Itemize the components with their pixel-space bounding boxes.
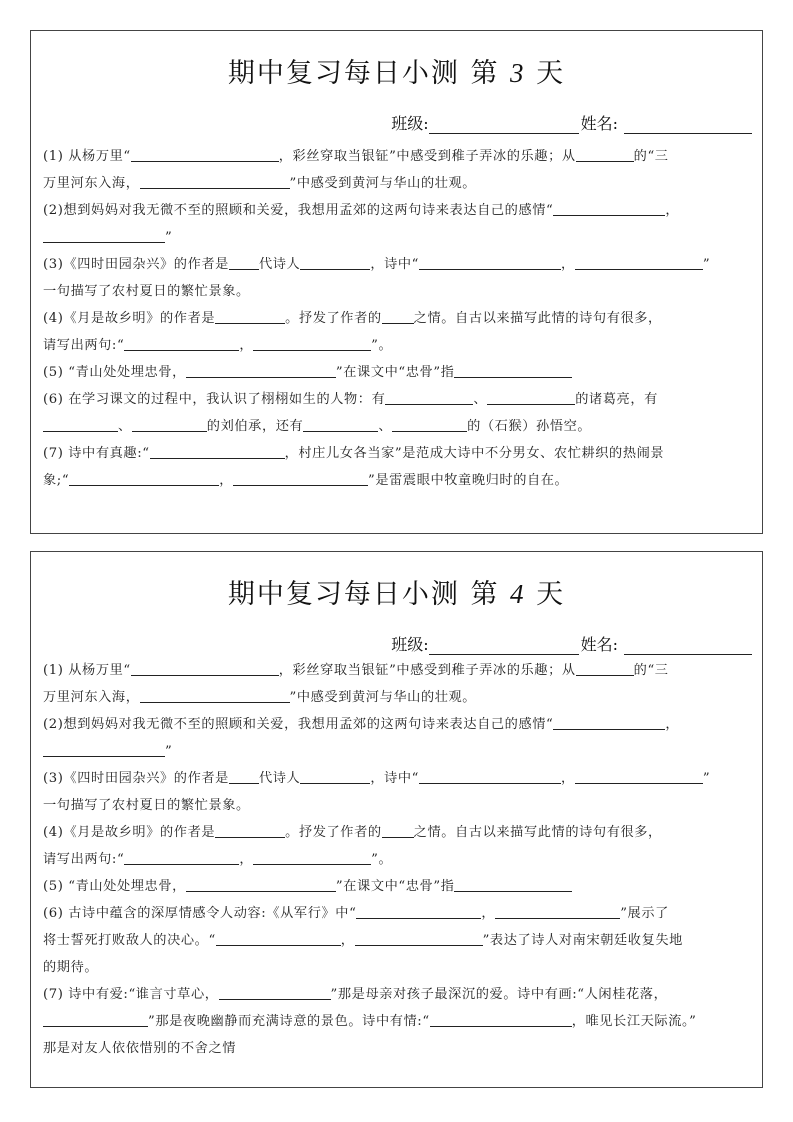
q-text: (2)想到妈妈对我无微不至的照顾和关爱，我想用孟郊的这两句诗来表达自己的感情“ — [43, 203, 553, 218]
title-suffix: 天 — [536, 579, 565, 610]
answer-blank[interactable] — [392, 416, 467, 432]
q-text: ”。 — [371, 852, 392, 867]
answer-blank[interactable] — [300, 768, 370, 784]
question-5: (5) “青山处处埋忠骨，”在课文中“忠骨”指 — [43, 873, 752, 900]
student-info: 班级: 姓名: — [391, 111, 752, 134]
q-text: ， — [219, 473, 233, 488]
q-text: (2)想到妈妈对我无微不至的照顾和关爱，我想用孟郊的这两句诗来表达自己的感情“ — [43, 717, 553, 732]
q-text: ，唯见长江天际流。” — [572, 1014, 697, 1029]
q-text: 请写出两句:“ — [43, 338, 124, 353]
q-text: (4)《月是故乡明》的作者是 — [43, 311, 215, 326]
answer-blank[interactable] — [186, 362, 336, 378]
q-text: (3)《四时田园杂兴》的作者是 — [43, 257, 229, 272]
day-number: 3 — [510, 58, 526, 88]
name-label: 姓名: — [581, 111, 618, 134]
question-2: (2)想到妈妈对我无微不至的照顾和关爱，我想用孟郊的这两句诗来表达自己的感情“， — [43, 711, 752, 738]
question-6: (6) 古诗中蕴含的深厚情感令人动容:《从军行》中“，”展示了 — [43, 900, 752, 927]
answer-blank[interactable] — [382, 308, 414, 324]
day-number: 4 — [510, 579, 526, 609]
question-5: (5) “青山处处埋忠骨，”在课文中“忠骨”指 — [43, 359, 752, 386]
class-label: 班级: — [391, 111, 428, 134]
questions: (1) 从杨万里“，彩丝穿取当银钲”中感受到稚子弄冰的乐趣；从的“三 万里河东入… — [43, 143, 752, 494]
answer-blank[interactable] — [419, 254, 561, 270]
q-text: 的“三 — [634, 663, 669, 678]
answer-blank[interactable] — [140, 173, 290, 189]
question-7: (7) 诗中有真趣:“，村庄儿女各当家”是范成大诗中不分男女、农忙耕织的热闹景 — [43, 440, 752, 467]
answer-blank[interactable] — [454, 876, 572, 892]
answer-blank[interactable] — [131, 660, 279, 676]
question-1: (1) 从杨万里“，彩丝穿取当银钲”中感受到稚子弄冰的乐趣；从的“三 — [43, 143, 752, 170]
q-text: ”在课文中“忠骨”指 — [336, 879, 455, 894]
q-text: ， — [561, 771, 575, 786]
answer-blank[interactable] — [216, 930, 341, 946]
q-text: ”表达了诗人对南宋朝廷收复失地 — [483, 933, 683, 948]
name-field[interactable] — [624, 116, 752, 134]
q-text: (5) “青山处处埋忠骨， — [43, 365, 186, 380]
answer-blank[interactable] — [219, 984, 331, 1000]
question-3: (3)《四时田园杂兴》的作者是代诗人，诗中“，” — [43, 765, 752, 792]
question-2: (2)想到妈妈对我无微不至的照顾和关爱，我想用孟郊的这两句诗来表达自己的感情“， — [43, 197, 752, 224]
q-text: ，村庄儿女各当家”是范成大诗中不分男女、农忙耕织的热闹景 — [285, 446, 665, 461]
answer-blank[interactable] — [229, 254, 259, 270]
answer-blank[interactable] — [69, 470, 219, 486]
answer-blank[interactable] — [150, 443, 285, 459]
answer-blank[interactable] — [553, 714, 665, 730]
q-text: 将士誓死打败敌人的决心。“ — [43, 933, 216, 948]
q-text: 请写出两句:“ — [43, 852, 124, 867]
q-text: 一句描写了农村夏日的繁忙景象。 — [43, 798, 250, 813]
answer-blank[interactable] — [253, 849, 371, 865]
answer-blank[interactable] — [430, 1011, 572, 1027]
q-text: ”。 — [371, 338, 392, 353]
name-label: 姓名: — [581, 632, 618, 655]
question-4: (4)《月是故乡明》的作者是。抒发了作者的之情。自古以来描写此情的诗句有很多， — [43, 305, 752, 332]
q-text: 代诗人 — [259, 771, 300, 786]
q-text: ”是雷震眼中牧童晚归时的自在。 — [368, 473, 568, 488]
question-3-cont: 一句描写了农村夏日的繁忙景象。 — [43, 278, 752, 305]
answer-blank[interactable] — [355, 930, 483, 946]
answer-blank[interactable] — [454, 362, 572, 378]
q-text: ”中感受到黄河与华山的壮观。 — [290, 176, 477, 191]
q-text: (3)《四时田园杂兴》的作者是 — [43, 771, 229, 786]
title-suffix: 天 — [536, 58, 565, 89]
name-field[interactable] — [624, 637, 752, 655]
q-text: 的期待。 — [43, 960, 98, 975]
answer-blank[interactable] — [495, 903, 620, 919]
answer-blank[interactable] — [124, 335, 239, 351]
q-text: 的（石猴）孙悟空。 — [467, 419, 591, 434]
answer-blank[interactable] — [43, 741, 165, 757]
answer-blank[interactable] — [576, 146, 634, 162]
q-text: ，诗中“ — [370, 257, 419, 272]
q-text: 的刘伯承，还有 — [207, 419, 304, 434]
answer-blank[interactable] — [124, 849, 239, 865]
question-7-cont2: 那是对友人依依惜别的不舍之情 — [43, 1035, 752, 1062]
answer-blank[interactable] — [382, 822, 414, 838]
q-text: 。抒发了作者的 — [285, 825, 382, 840]
question-6-cont: 将士誓死打败敌人的决心。“，”表达了诗人对南宋朝廷收复失地 — [43, 927, 752, 954]
answer-blank[interactable] — [43, 227, 165, 243]
question-3-cont: 一句描写了农村夏日的繁忙景象。 — [43, 792, 752, 819]
answer-blank[interactable] — [233, 470, 368, 486]
q-text: 、 — [118, 419, 132, 434]
q-text: (4)《月是故乡明》的作者是 — [43, 825, 215, 840]
q-text: 代诗人 — [259, 257, 300, 272]
question-6-cont: 、的刘伯承，还有、的（石猴）孙悟空。 — [43, 413, 752, 440]
question-4: (4)《月是故乡明》的作者是。抒发了作者的之情。自古以来描写此情的诗句有很多， — [43, 819, 752, 846]
q-text: 的诸葛亮，有 — [575, 392, 658, 407]
student-info: 班级: 姓名: — [391, 632, 752, 655]
answer-blank[interactable] — [253, 335, 371, 351]
class-label: 班级: — [391, 632, 428, 655]
answer-blank[interactable] — [575, 768, 703, 784]
question-7-cont: ”那是夜晚幽静而充满诗意的景色。诗中有情:“，唯见长江天际流。” — [43, 1008, 752, 1035]
answer-blank[interactable] — [575, 254, 703, 270]
q-text: ”中感受到黄河与华山的壮观。 — [290, 690, 477, 705]
q-text: ， — [665, 203, 679, 218]
q-text: 。抒发了作者的 — [285, 311, 382, 326]
question-6-cont2: 的期待。 — [43, 954, 752, 981]
answer-blank[interactable] — [215, 308, 285, 324]
question-1-cont: 万里河东入海，”中感受到黄河与华山的壮观。 — [43, 170, 752, 197]
q-text: 万里河东入海， — [43, 690, 140, 705]
answer-blank[interactable] — [419, 768, 561, 784]
q-text: ，诗中“ — [370, 771, 419, 786]
q-text: 的“三 — [634, 149, 669, 164]
quiz-title: 期中复习每日小测 第 3 天 — [31, 51, 762, 90]
q-text: 、 — [473, 392, 487, 407]
q-text: ”那是母亲对孩子最深沉的爱。诗中有画:“人闲桂花落， — [331, 987, 668, 1002]
question-3: (3)《四时田园杂兴》的作者是代诗人，诗中“，” — [43, 251, 752, 278]
title-text: 期中复习每日小测 第 — [228, 579, 500, 610]
q-text: (7) 诗中有真趣:“ — [43, 446, 150, 461]
q-text: ， — [481, 906, 495, 921]
question-4-cont: 请写出两句:“，”。 — [43, 846, 752, 873]
answer-blank[interactable] — [186, 876, 336, 892]
q-text: ” — [703, 257, 710, 272]
q-text: ”在课文中“忠骨”指 — [336, 365, 455, 380]
q-text: (6) 在学习课文的过程中，我认识了栩栩如生的人物：有 — [43, 392, 385, 407]
question-1: (1) 从杨万里“，彩丝穿取当银钲”中感受到稚子弄冰的乐趣；从的“三 — [43, 657, 752, 684]
class-field[interactable] — [429, 116, 579, 134]
question-7-cont: 象;“，”是雷震眼中牧童晚归时的自在。 — [43, 467, 752, 494]
answer-blank[interactable] — [131, 146, 279, 162]
q-text: ，彩丝穿取当银钲”中感受到稚子弄冰的乐趣；从 — [279, 149, 576, 164]
q-text: 之情。自古以来描写此情的诗句有很多， — [414, 825, 662, 840]
question-1-cont: 万里河东入海，”中感受到黄河与华山的壮观。 — [43, 684, 752, 711]
answer-blank[interactable] — [356, 903, 481, 919]
question-6: (6) 在学习课文的过程中，我认识了栩栩如生的人物：有、的诸葛亮，有 — [43, 386, 752, 413]
q-text: ， — [561, 257, 575, 272]
q-text: (7) 诗中有爱:“谁言寸草心， — [43, 987, 219, 1002]
q-text: ， — [665, 717, 679, 732]
q-text: 、 — [378, 419, 392, 434]
answer-blank[interactable] — [576, 660, 634, 676]
answer-blank[interactable] — [553, 200, 665, 216]
questions: (1) 从杨万里“，彩丝穿取当银钲”中感受到稚子弄冰的乐趣；从的“三 万里河东入… — [43, 657, 752, 1062]
question-4-cont: 请写出两句:“，”。 — [43, 332, 752, 359]
q-text: ， — [341, 933, 355, 948]
answer-blank[interactable] — [140, 687, 290, 703]
q-text: ”那是夜晚幽静而充满诗意的景色。诗中有情:“ — [148, 1014, 430, 1029]
q-text: (1) 从杨万里“ — [43, 663, 131, 678]
q-text: ” — [165, 230, 172, 245]
q-text: (6) 古诗中蕴含的深厚情感令人动容:《从军行》中“ — [43, 906, 356, 921]
quiz-title: 期中复习每日小测 第 4 天 — [31, 572, 762, 611]
answer-blank[interactable] — [215, 822, 285, 838]
q-text: (1) 从杨万里“ — [43, 149, 131, 164]
answer-blank[interactable] — [300, 254, 370, 270]
q-text: ， — [239, 338, 253, 353]
title-text: 期中复习每日小测 第 — [228, 58, 500, 89]
question-2-cont: ” — [43, 738, 752, 765]
q-text: 象;“ — [43, 473, 69, 488]
question-7: (7) 诗中有爱:“谁言寸草心，”那是母亲对孩子最深沉的爱。诗中有画:“人闲桂花… — [43, 981, 752, 1008]
q-text: 之情。自古以来描写此情的诗句有很多， — [414, 311, 662, 326]
question-2-cont: ” — [43, 224, 752, 251]
class-field[interactable] — [429, 637, 579, 655]
answer-blank[interactable] — [229, 768, 259, 784]
quiz-day-4: 期中复习每日小测 第 4 天 班级: 姓名: (1) 从杨万里“，彩丝穿取当银钲… — [30, 551, 763, 1088]
answer-blank[interactable] — [487, 389, 575, 405]
answer-blank[interactable] — [43, 416, 118, 432]
answer-blank[interactable] — [385, 389, 473, 405]
q-text: 那是对友人依依惜别的不舍之情 — [43, 1041, 236, 1056]
quiz-day-3: 期中复习每日小测 第 3 天 班级: 姓名: (1) 从杨万里“，彩丝穿取当银钲… — [30, 30, 763, 534]
answer-blank[interactable] — [43, 1011, 148, 1027]
q-text: ” — [703, 771, 710, 786]
q-text: ” — [165, 744, 172, 759]
q-text: ”展示了 — [620, 906, 669, 921]
q-text: ， — [239, 852, 253, 867]
q-text: (5) “青山处处埋忠骨， — [43, 879, 186, 894]
q-text: ，彩丝穿取当银钲”中感受到稚子弄冰的乐趣；从 — [279, 663, 576, 678]
answer-blank[interactable] — [132, 416, 207, 432]
answer-blank[interactable] — [303, 416, 378, 432]
q-text: 万里河东入海， — [43, 176, 140, 191]
q-text: 一句描写了农村夏日的繁忙景象。 — [43, 284, 250, 299]
